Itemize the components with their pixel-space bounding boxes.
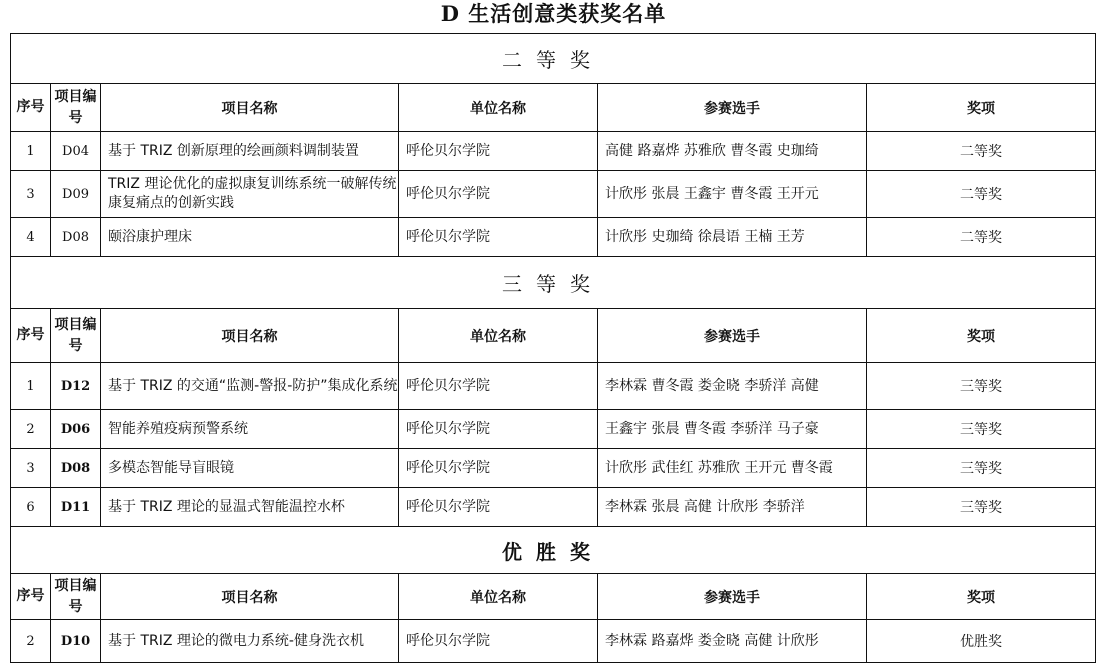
section-heading: 三等奖 [11,257,1096,309]
cell-code: D12 [51,363,101,410]
col-header-seq: 序号 [11,574,51,620]
table-row: 1 D12 基于 TRIZ 的交通“监测-警报-防护”集成化系统 呼伦贝尔学院 … [11,363,1096,410]
col-header-code: 项目编号 [51,84,101,132]
col-header-unit: 单位名称 [399,574,598,620]
cell-unit: 呼伦贝尔学院 [399,171,598,218]
cell-award: 优胜奖 [867,620,1096,663]
section-heading: 优胜奖 [11,527,1096,574]
cell-code: D04 [51,132,101,171]
cell-members: 计欣彤 史珈绮 徐晨语 王楠 王芳 [598,218,867,257]
col-header-members: 参赛选手 [598,309,867,363]
cell-project: 颐浴康护理床 [101,218,399,257]
cell-members: 李林霖 路嘉烨 娄金晓 高健 计欣彤 [598,620,867,663]
cell-unit: 呼伦贝尔学院 [399,218,598,257]
cell-award: 二等奖 [867,132,1096,171]
cell-project: 基于 TRIZ 创新原理的绘画颜料调制装置 [101,132,399,171]
cell-code: D09 [51,171,101,218]
col-header-award: 奖项 [867,84,1096,132]
section-heading: 二等奖 [11,34,1096,84]
col-header-award: 奖项 [867,309,1096,363]
cell-project: 基于 TRIZ 的交通“监测-警报-防护”集成化系统 [101,363,399,410]
cell-members: 李林霖 张晨 高健 计欣彤 李骄洋 [598,488,867,527]
table-row: 4 D08 颐浴康护理床 呼伦贝尔学院 计欣彤 史珈绮 徐晨语 王楠 王芳 二等… [11,218,1096,257]
cell-award: 三等奖 [867,488,1096,527]
cell-unit: 呼伦贝尔学院 [399,363,598,410]
cell-members: 计欣彤 张晨 王鑫宇 曹冬霞 王开元 [598,171,867,218]
cell-code: D10 [51,620,101,663]
cell-members: 王鑫宇 张晨 曹冬霞 李骄洋 马子豪 [598,410,867,449]
cell-seq: 1 [11,132,51,171]
col-header-project: 项目名称 [101,574,399,620]
cell-project: 基于 TRIZ 理论的显温式智能温控水杯 [101,488,399,527]
column-header-row: 序号 项目编号 项目名称 单位名称 参赛选手 奖项 [11,309,1096,363]
cell-members: 计欣彤 武佳红 苏雅欣 王开元 曹冬霞 [598,449,867,488]
cell-project: 智能养殖疫病预警系统 [101,410,399,449]
cell-code: D06 [51,410,101,449]
cell-unit: 呼伦贝尔学院 [399,620,598,663]
col-header-unit: 单位名称 [399,84,598,132]
table-row: 2 D10 基于 TRIZ 理论的微电力系统-健身洗衣机 呼伦贝尔学院 李林霖 … [11,620,1096,663]
column-header-row: 序号 项目编号 项目名称 单位名称 参赛选手 奖项 [11,84,1096,132]
col-header-unit: 单位名称 [399,309,598,363]
cell-members: 李林霖 曹冬霞 娄金晓 李骄洋 高健 [598,363,867,410]
cell-award: 三等奖 [867,410,1096,449]
cell-members: 高健 路嘉烨 苏雅欣 曹冬霞 史珈绮 [598,132,867,171]
cell-project: 基于 TRIZ 理论的微电力系统-健身洗衣机 [101,620,399,663]
table-row: 3 D09 TRIZ 理论优化的虚拟康复训练系统一破解传统康复痛点的创新实践 呼… [11,171,1096,218]
col-header-members: 参赛选手 [598,574,867,620]
cell-award: 二等奖 [867,218,1096,257]
col-header-members: 参赛选手 [598,84,867,132]
col-header-seq: 序号 [11,309,51,363]
cell-award: 三等奖 [867,449,1096,488]
cell-seq: 6 [11,488,51,527]
cell-project: 多模态智能导盲眼镜 [101,449,399,488]
col-header-project: 项目名称 [101,309,399,363]
cell-unit: 呼伦贝尔学院 [399,132,598,171]
cell-seq: 4 [11,218,51,257]
table-row: 3 D08 多模态智能导盲眼镜 呼伦贝尔学院 计欣彤 武佳红 苏雅欣 王开元 曹… [11,449,1096,488]
cell-unit: 呼伦贝尔学院 [399,449,598,488]
table-row: 1 D04 基于 TRIZ 创新原理的绘画颜料调制装置 呼伦贝尔学院 高健 路嘉… [11,132,1096,171]
section-heading-third-prize: 三等奖 [11,257,1096,309]
cell-award: 二等奖 [867,171,1096,218]
cell-seq: 3 [11,449,51,488]
cell-unit: 呼伦贝尔学院 [399,488,598,527]
cell-code: D11 [51,488,101,527]
col-header-seq: 序号 [11,84,51,132]
table-row: 2 D06 智能养殖疫病预警系统 呼伦贝尔学院 王鑫宇 张晨 曹冬霞 李骄洋 马… [11,410,1096,449]
cell-seq: 1 [11,363,51,410]
cell-award: 三等奖 [867,363,1096,410]
cell-code: D08 [51,449,101,488]
column-header-row: 序号 项目编号 项目名称 单位名称 参赛选手 奖项 [11,574,1096,620]
col-header-code: 项目编号 [51,309,101,363]
cell-seq: 2 [11,620,51,663]
cell-unit: 呼伦贝尔学院 [399,410,598,449]
cell-seq: 2 [11,410,51,449]
col-header-code: 项目编号 [51,574,101,620]
section-heading-second-prize: 二等奖 [11,34,1096,84]
awards-table: 二等奖 序号 项目编号 项目名称 单位名称 参赛选手 奖项 1 D04 基于 T… [10,33,1096,663]
document-title: D 生活创意类获奖名单 [0,0,1107,28]
cell-project: TRIZ 理论优化的虚拟康复训练系统一破解传统康复痛点的创新实践 [101,171,399,218]
table-row: 6 D11 基于 TRIZ 理论的显温式智能温控水杯 呼伦贝尔学院 李林霖 张晨… [11,488,1096,527]
cell-seq: 3 [11,171,51,218]
col-header-award: 奖项 [867,574,1096,620]
cell-code: D08 [51,218,101,257]
section-heading-merit-prize: 优胜奖 [11,527,1096,574]
col-header-project: 项目名称 [101,84,399,132]
